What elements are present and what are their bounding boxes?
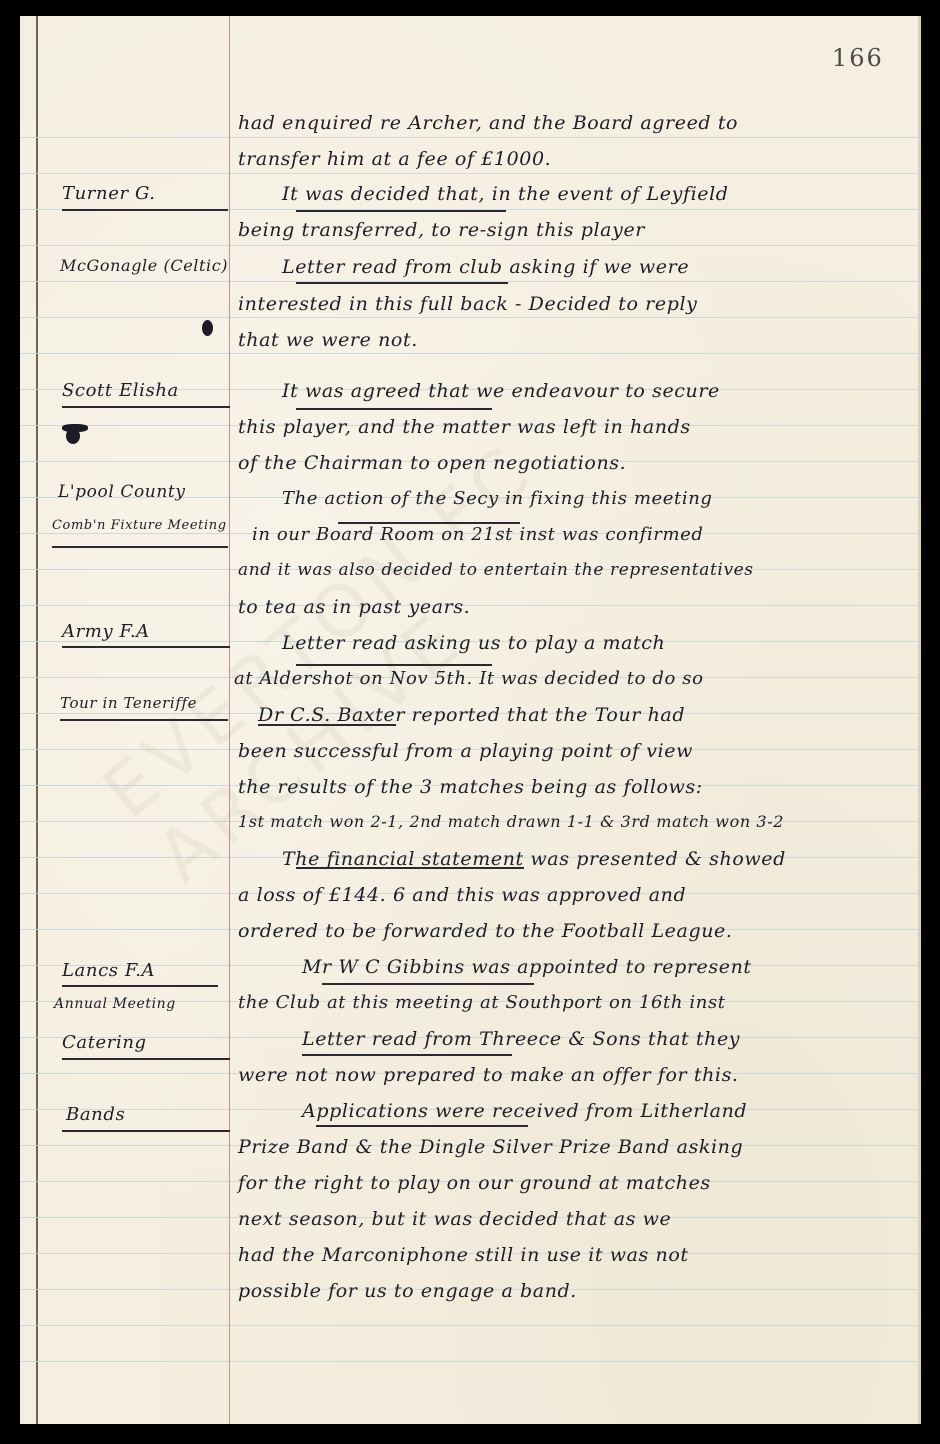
phrase-underline bbox=[296, 210, 506, 212]
minute-line: Letter read from club asking if we were bbox=[282, 256, 689, 278]
minute-line: Letter read asking us to play a match bbox=[282, 632, 665, 654]
ledger-page: EVERTON FC ARCHIVE 166 Turner G. McGonag… bbox=[20, 16, 921, 1424]
minute-line: had the Marconiphone still in use it was… bbox=[238, 1244, 689, 1266]
minute-line: interested in this full back - Decided t… bbox=[238, 293, 697, 315]
minute-line: of the Chairman to open negotiations. bbox=[238, 452, 626, 474]
phrase-underline bbox=[302, 1054, 512, 1056]
rule-line bbox=[20, 353, 921, 354]
minute-line: and it was also decided to entertain the… bbox=[238, 560, 754, 580]
minute-line: The action of the Secy in fixing this me… bbox=[282, 488, 713, 509]
margin-heading-army-fa: Army F.A bbox=[62, 621, 150, 642]
minute-line: transfer him at a fee of £1000. bbox=[238, 148, 551, 170]
heading-underline bbox=[62, 209, 228, 211]
minute-line: that we were not. bbox=[238, 329, 418, 351]
minute-line: next season, but it was decided that as … bbox=[238, 1208, 671, 1230]
minute-line: a loss of £144. 6 and this was approved … bbox=[238, 884, 686, 906]
rule-line bbox=[20, 1361, 921, 1362]
margin-heading-scott: Scott Elisha bbox=[62, 380, 179, 401]
margin-heading-lancs-fa: Lancs F.A bbox=[62, 960, 155, 981]
rule-line bbox=[20, 173, 921, 174]
heading-underline bbox=[52, 546, 228, 548]
heading-underline bbox=[60, 719, 228, 721]
minute-line: being transferred, to re-sign this playe… bbox=[238, 219, 645, 241]
margin-heading-turner: Turner G. bbox=[62, 183, 156, 204]
binding-line bbox=[36, 16, 38, 1424]
minute-line: in our Board Room on 21st inst was confi… bbox=[252, 524, 704, 545]
phrase-underline bbox=[258, 724, 396, 726]
margin-heading-tour-teneriffe: Tour in Teneriffe bbox=[60, 694, 197, 712]
minute-line: ordered to be forwarded to the Football … bbox=[238, 920, 733, 942]
heading-underline bbox=[62, 406, 230, 408]
minute-line: Applications were received from Litherla… bbox=[302, 1100, 747, 1122]
phrase-underline bbox=[296, 282, 508, 284]
minute-line: Letter read from Threece & Sons that the… bbox=[302, 1028, 740, 1050]
minute-line: were not now prepared to make an offer f… bbox=[238, 1064, 739, 1086]
heading-underline bbox=[62, 1130, 230, 1132]
minute-line: had enquired re Archer, and the Board ag… bbox=[238, 112, 738, 134]
minute-line: the Club at this meeting at Southport on… bbox=[238, 992, 726, 1013]
minute-line: the results of the 3 matches being as fo… bbox=[238, 776, 703, 798]
phrase-underline bbox=[296, 408, 492, 410]
heading-underline bbox=[62, 985, 218, 987]
minute-line: Prize Band & the Dingle Silver Prize Ban… bbox=[238, 1136, 743, 1158]
minute-line: 1st match won 2-1, 2nd match drawn 1-1 &… bbox=[238, 812, 784, 831]
phrase-underline bbox=[338, 522, 520, 524]
heading-underline bbox=[62, 1058, 230, 1060]
margin-heading-lpool-county: L'pool County bbox=[58, 482, 186, 502]
minute-line: for the right to play on our ground at m… bbox=[238, 1172, 711, 1194]
page-edge bbox=[918, 16, 921, 1424]
ink-blot bbox=[66, 428, 80, 444]
minute-line: been successful from a playing point of … bbox=[238, 740, 693, 762]
phrase-underline bbox=[296, 867, 524, 869]
minute-line: Mr W C Gibbins was appointed to represen… bbox=[302, 956, 752, 978]
margin-heading-annual-meeting: Annual Meeting bbox=[54, 996, 176, 1012]
red-margin-line bbox=[229, 16, 230, 1424]
minute-line: It was decided that, in the event of Ley… bbox=[282, 183, 729, 205]
page-number: 166 bbox=[832, 44, 884, 72]
minute-line: this player, and the matter was left in … bbox=[238, 416, 691, 438]
margin-heading-combination-fixture: Comb'n Fixture Meeting bbox=[52, 518, 227, 533]
rule-line bbox=[20, 605, 921, 606]
phrase-underline bbox=[322, 983, 534, 985]
margin-heading-catering: Catering bbox=[62, 1032, 147, 1053]
phrase-underline bbox=[296, 664, 492, 666]
rule-line bbox=[20, 1325, 921, 1326]
phrase-underline bbox=[316, 1125, 528, 1127]
rule-line bbox=[20, 137, 921, 138]
margin-heading-mcgonagle: McGonagle (Celtic) bbox=[60, 256, 228, 275]
minute-line: It was agreed that we endeavour to secur… bbox=[282, 380, 720, 402]
margin-heading-bands: Bands bbox=[66, 1104, 125, 1125]
heading-underline bbox=[62, 646, 230, 648]
rule-line bbox=[20, 245, 921, 246]
minute-line: possible for us to engage a band. bbox=[238, 1280, 577, 1302]
minute-line: to tea as in past years. bbox=[238, 596, 470, 618]
ink-blot bbox=[202, 320, 213, 336]
minute-line: at Aldershot on Nov 5th. It was decided … bbox=[234, 668, 704, 689]
minute-line: Dr C.S. Baxter reported that the Tour ha… bbox=[258, 704, 685, 726]
rule-line bbox=[20, 317, 921, 318]
